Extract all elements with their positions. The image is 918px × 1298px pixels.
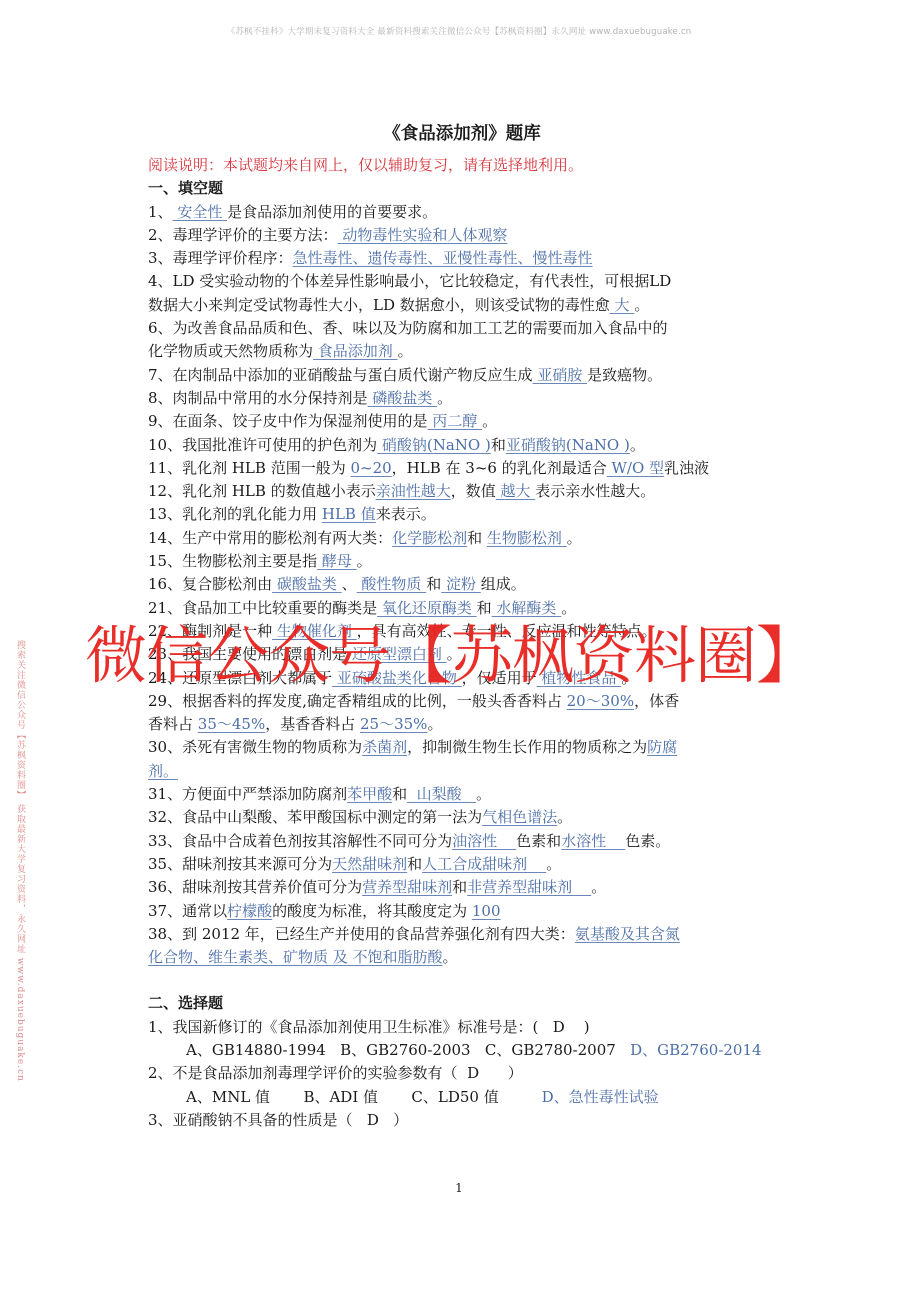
answer: 酸性物质	[357, 575, 427, 593]
answer: 急性毒性、遗传毒性、亚慢性毒性、慢性毒性	[293, 249, 593, 267]
answer: 化合物、维生素类、矿物质 及 不饱和脂肪酸	[148, 948, 443, 966]
option-d-correct: D、急性毒性试验	[542, 1088, 659, 1106]
question-36: 36、甜味剂按其营养价值可分为营养型甜味剂和非营养型甜味剂 。	[148, 876, 788, 899]
question-11: 11、乳化剂 HLB 范围一般为 0~20，HLB 在 3~6 的乳化剂最适合 …	[148, 457, 788, 480]
answer: 35～45%	[198, 715, 265, 733]
answer: 亚硝胺	[533, 366, 588, 384]
question-4-cont: 数据大小来判定受试物毒性大小，LD 数据愈小，则该受试物的毒性愈 大 。	[148, 294, 788, 317]
answer: 还原型漂白剂	[347, 645, 447, 663]
answer: 杀菌剂	[362, 738, 407, 756]
answer: 100	[472, 902, 501, 920]
option-d-correct: D、GB2760-2014	[630, 1041, 761, 1059]
answer: 生物催化剂	[272, 622, 357, 640]
question-35: 35、甜味剂按其来源可分为天然甜味剂和人工合成甜味剂 。	[148, 853, 788, 876]
reading-note: 阅读说明：本试题均来自网上，仅以辅助复习，请有选择地利用。	[148, 154, 788, 177]
question-38-cont: 化合物、维生素类、矿物质 及 不饱和脂肪酸。	[148, 946, 788, 969]
question-31: 31、方便面中严禁添加防腐剂苯甲酸和 山梨酸 。	[148, 783, 788, 806]
answer: 20～30%	[567, 692, 634, 710]
question-32: 32、食品中山梨酸、苯甲酸国标中测定的第一法为气相色谱法。	[148, 806, 788, 829]
answer: 氨基酸及其含氮	[575, 925, 680, 943]
answer: 化学膨松剂	[392, 529, 467, 547]
answer: 水解酶类	[492, 599, 562, 617]
page-number: 1	[0, 1181, 918, 1195]
answer: 淀粉	[441, 575, 481, 593]
answer: 非营养型甜味剂	[467, 878, 591, 896]
choice-question-1: 1、我国新修订的《食品添加剂使用卫生标准》标准号是：( D )	[148, 1016, 788, 1039]
question-10: 10、我国批准许可使用的护色剂为 硝酸钠(NaNO )和亚硝酸钠(NaNO )。	[148, 434, 788, 457]
question-13: 13、乳化剂的乳化能力用 HLB 值来表示。	[148, 503, 788, 526]
question-4: 4、LD 受实验动物的个体差异性影响最小，它比较稳定，有代表性，可根据LD	[148, 270, 788, 293]
answer: 安全性	[173, 203, 228, 221]
side-watermark: 搜索关注微信公众号【苏枫资料圈】 获取最新大学复习资料，永久网址 www.dax…	[14, 640, 26, 1082]
answer: 丙二醇	[428, 412, 483, 430]
answer: 动物毒性实验和人体观察	[338, 226, 508, 244]
answer: 人工合成甜味剂	[422, 855, 546, 873]
answer: 碳酸盐类	[272, 575, 342, 593]
option-c: C、LD50 值	[411, 1088, 498, 1106]
question-7: 7、在肉制品中添加的亚硝酸盐与蛋白质代谢产物反应生成 亚硝胺 是致癌物。	[148, 364, 788, 387]
answer: 防腐	[647, 738, 677, 756]
answer: 氧化还原酶类	[377, 599, 477, 617]
section-heading-choice: 二、选择题	[148, 992, 788, 1015]
option-b: B、ADI 值	[303, 1088, 378, 1106]
answer: 0~20	[350, 459, 391, 477]
question-23: 23、我国主要使用的漂白剂是 还原型漂白剂 。	[148, 643, 788, 666]
answer: 天然甜味剂	[332, 855, 407, 873]
document-content: 阅读说明：本试题均来自网上，仅以辅助复习，请有选择地利用。 一、填空题 1、 安…	[148, 154, 788, 1132]
question-24: 24、还原型漂白剂大都属于 亚硫酸盐类化合物 ，仅适用于 植物性食品 。	[148, 667, 788, 690]
option-a: A、MNL 值	[186, 1088, 270, 1106]
answer: 大	[610, 296, 635, 314]
answer: 植物性食品	[537, 669, 622, 687]
answer: 亚硝酸钠(NaNO )	[506, 436, 630, 454]
answer: 亲油性越大	[376, 482, 451, 500]
answer: HLB 值	[322, 505, 376, 523]
answer: 水溶性	[561, 832, 625, 850]
option-b: B、GB2760-2003	[340, 1041, 470, 1059]
question-1: 1、 安全性 是食品添加剂使用的首要要求。	[148, 201, 788, 224]
answer: 油溶性	[452, 832, 516, 850]
choice-question-2: 2、不是食品添加剂毒理学评价的实验参数有（ D ）	[148, 1062, 788, 1085]
question-30-cont: 剂。	[148, 760, 788, 783]
answer: 食品添加剂	[313, 342, 398, 360]
question-9: 9、在面条、饺子皮中作为保湿剂使用的是 丙二醇 。	[148, 410, 788, 433]
document-title: 《食品添加剂》题库	[148, 120, 776, 145]
answer: 剂。	[148, 762, 178, 780]
answer: 酵母	[317, 552, 357, 570]
choice-options-1: A、GB14880-1994 B、GB2760-2003 C、GB2780-20…	[148, 1039, 788, 1062]
question-22: 22、酶制剂是一种 生物催化剂 ，具有高效性、专一性、反应温和性等特点。	[148, 620, 788, 643]
answer: 硝酸钠(NaNO )	[377, 436, 491, 454]
question-16: 16、复合膨松剂由 碳酸盐类 、 酸性物质 和 淀粉 组成。	[148, 573, 788, 596]
answer: 气相色谱法	[482, 808, 557, 826]
answer: W/O 型	[607, 459, 664, 477]
question-6: 6、为改善食品品质和色、香、味以及为防腐和加工工艺的需要而加入食品中的	[148, 317, 788, 340]
question-37: 37、通常以柠檬酸的酸度为标准，将其酸度定为 100	[148, 900, 788, 923]
section-heading-fill-in: 一、填空题	[148, 177, 788, 200]
question-21: 21、食品加工中比较重要的酶类是 氧化还原酶类 和 水解酶类 。	[148, 597, 788, 620]
question-38: 38、到 2012 年，已经生产并使用的食品营养强化剂有四大类：氨基酸及其含氮	[148, 923, 788, 946]
answer: 越大	[496, 482, 536, 500]
answer: 亚硫酸盐类化合物	[332, 669, 462, 687]
question-15: 15、生物膨松剂主要是指 酵母 。	[148, 550, 788, 573]
option-a: A、GB14880-1994	[186, 1041, 326, 1059]
answer: 苯甲酸	[347, 785, 392, 803]
question-29: 29、根据香料的挥发度,确定香精组成的比例，一般头香香料占 20～30%，体香	[148, 690, 788, 713]
question-2: 2、毒理学评价的主要方法： 动物毒性实验和人体观察	[148, 224, 788, 247]
choice-question-3: 3、亚硝酸钠不具备的性质是（ D ）	[148, 1109, 788, 1132]
choice-options-2: A、MNL 值 B、ADI 值 C、LD50 值 D、急性毒性试验	[148, 1086, 788, 1109]
question-8: 8、肉制品中常用的水分保持剂是 磷酸盐类 。	[148, 387, 788, 410]
header-banner: 《苏枫不挂科》大学期末复习资料大全 最新资料搜索关注微信公众号【苏枫资料圈】永久…	[0, 25, 918, 37]
question-33: 33、食品中合成着色剂按其溶解性不同可分为油溶性 色素和水溶性 色素。	[148, 830, 788, 853]
answer: 25～35%	[360, 715, 427, 733]
answer: 柠檬酸	[227, 902, 272, 920]
question-14: 14、生产中常用的膨松剂有两大类：化学膨松剂和 生物膨松剂 。	[148, 527, 788, 550]
question-12: 12、乳化剂 HLB 的数值越小表示亲油性越大，数值 越大 表示亲水性越大。	[148, 480, 788, 503]
answer: 磷酸盐类	[368, 389, 438, 407]
question-3: 3、毒理学评价程序：急性毒性、遗传毒性、亚慢性毒性、慢性毒性	[148, 247, 788, 270]
answer: 营养型甜味剂	[362, 878, 452, 896]
question-6-cont: 化学物质或天然物质称为 食品添加剂 。	[148, 340, 788, 363]
answer: 山梨酸	[407, 785, 476, 803]
option-c: C、GB2780-2007	[485, 1041, 616, 1059]
question-30: 30、杀死有害微生物的物质称为杀菌剂，抑制微生物生长作用的物质称之为防腐	[148, 736, 788, 759]
question-29-cont: 香料占 35～45%，基香香料占 25～35%。	[148, 713, 788, 736]
answer: 生物膨松剂	[487, 529, 567, 547]
